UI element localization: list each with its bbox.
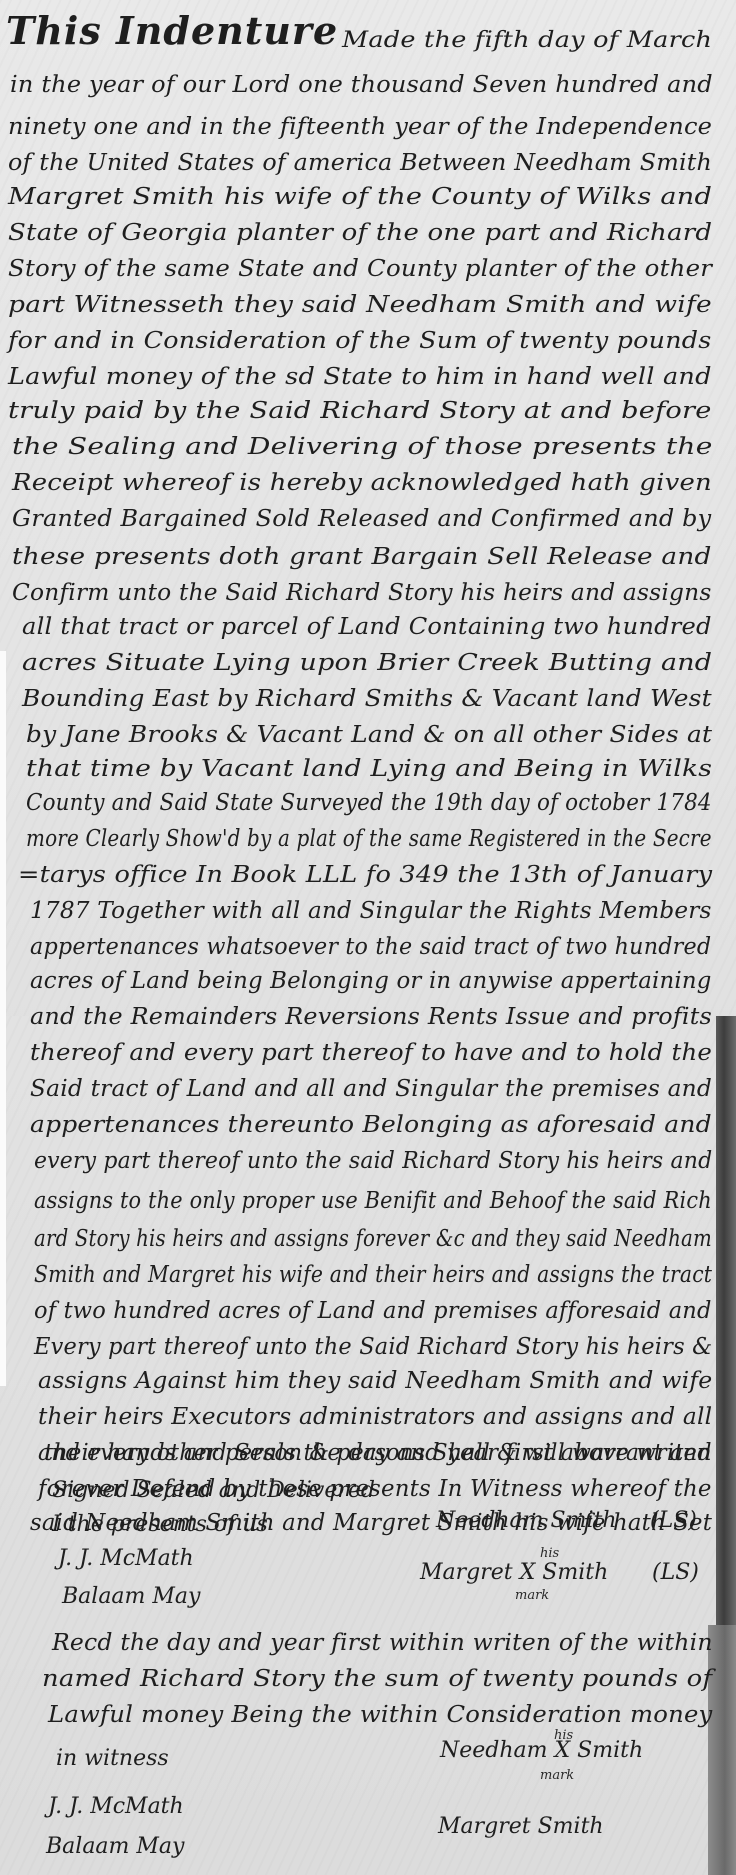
receipt-in-witness: in witness (56, 1746, 169, 1771)
body-line-7: part Witnesseth they said Needham Smith … (8, 292, 712, 318)
body-line-11: the Sealing and Delivering of those pres… (12, 434, 713, 460)
body-line-27: and the Remainders Reversions Rents Issu… (30, 1004, 712, 1030)
body-line-3: of the United States of america Between … (8, 150, 712, 176)
receipt-witness-2-signature: Balaam May (46, 1834, 184, 1859)
body-line-38: their heirs Executors administrators and… (38, 1404, 712, 1430)
receipt-line-2: named Richard Story the sum of twenty po… (42, 1666, 712, 1692)
body-line-12: Receipt whereof is hereby acknowledged h… (12, 470, 712, 496)
witness-2-signature: Balaam May (62, 1584, 200, 1609)
body-line-1: in the year of our Lord one thousand Sev… (10, 72, 713, 98)
body-line-17: acres Situate Lying upon Brier Creek But… (22, 650, 712, 676)
body-line-31: every part thereof unto the said Richard… (34, 1148, 712, 1174)
attestation-signed-sealed: Signed Sealed and Delivered (52, 1478, 375, 1503)
receipt-witness-1-signature: J. J. McMath (48, 1794, 184, 1819)
body-line-5: State of Georgia planter of the one part… (8, 220, 712, 246)
body-line-13: Granted Bargained Sold Released and Conf… (12, 506, 711, 532)
needham-seal: (LS) (650, 1508, 697, 1533)
body-line-16: all that tract or parcel of Land Contain… (22, 614, 712, 640)
receipt-line-1: Recd the day and year first within write… (52, 1630, 713, 1656)
needham-smith-signature: Needham Smith (436, 1508, 617, 1533)
body-line-24: 1787 Together with all and Singular the … (30, 898, 712, 924)
book-binding-edge-lower (708, 1625, 736, 1875)
receipt-needham-smith-mark-signature: Needham X Smith (440, 1738, 643, 1763)
body-line-4: Margret Smith his wife of the County of … (8, 184, 712, 210)
body-line-19: by Jane Brooks & Vacant Land & on all ot… (26, 722, 712, 748)
body-line-8: for and in Consideration of the Sum of t… (8, 328, 711, 354)
body-line-32: assigns to the only proper use Benifit a… (34, 1188, 712, 1214)
needham-mark-label: mark (540, 1768, 574, 1783)
body-line-30: appertenances thereunto Belonging as afo… (30, 1112, 712, 1138)
body-line-21: County and Said State Surveyed the 19th … (26, 790, 712, 816)
margret-smith-mark-signature: Margret X Smith (420, 1560, 608, 1585)
body-line-33: ard Story his heirs and assigns forever … (34, 1226, 712, 1252)
body-line-22: more Clearly Show'd by a plat of the sam… (26, 826, 712, 852)
receipt-margret-smith-signature: Margret Smith (438, 1814, 604, 1839)
body-line-23: =tarys office In Book LLL fo 349 the 13t… (18, 862, 712, 888)
margret-mark-label: mark (515, 1588, 549, 1603)
scan-edge (0, 651, 6, 1386)
receipt-line-3: Lawful money Being the within Considerat… (48, 1702, 712, 1728)
body-line-35: of two hundred acres of Land and premise… (34, 1298, 712, 1324)
body-line-20: that time by Vacant land Lying and Being… (26, 756, 712, 782)
body-line-18: Bounding East by Richard Smiths & Vacant… (22, 686, 712, 712)
body-line-14: these presents doth grant Bargain Sell R… (12, 544, 712, 570)
body-line-28: thereof and every part thereof to have a… (30, 1040, 712, 1066)
body-line-37: assigns Against him they said Needham Sm… (38, 1368, 712, 1394)
body-line-42: their hands and Seals the day and year f… (44, 1440, 712, 1466)
margret-his-label: his (540, 1546, 559, 1561)
witness-1-signature: J. J. McMath (58, 1546, 194, 1571)
body-line-25: appertenances whatsoever to the said tra… (30, 934, 711, 960)
body-line-26: acres of Land being Belonging or in anyw… (30, 968, 712, 994)
body-line-15: Confirm unto the Said Richard Story his … (12, 580, 711, 606)
body-line-0: Made the fifth day of March (342, 28, 712, 53)
body-line-34: Smith and Margret his wife and their hei… (34, 1262, 712, 1288)
body-line-10: truly paid by the Said Richard Story at … (8, 398, 712, 424)
body-line-29: Said tract of Land and all and Singular … (30, 1076, 712, 1102)
body-line-2: ninety one and in the fifteenth year of … (8, 114, 712, 140)
document-title: This Indenture (6, 8, 338, 53)
body-line-9: Lawful money of the sd State to him in h… (8, 364, 712, 390)
body-line-6: Story of the same State and County plant… (8, 256, 712, 282)
margret-seal: (LS) (652, 1560, 699, 1585)
body-line-36: Every part thereof unto the Said Richard… (34, 1334, 712, 1360)
attestation-presents: I the presents of us (52, 1512, 268, 1537)
